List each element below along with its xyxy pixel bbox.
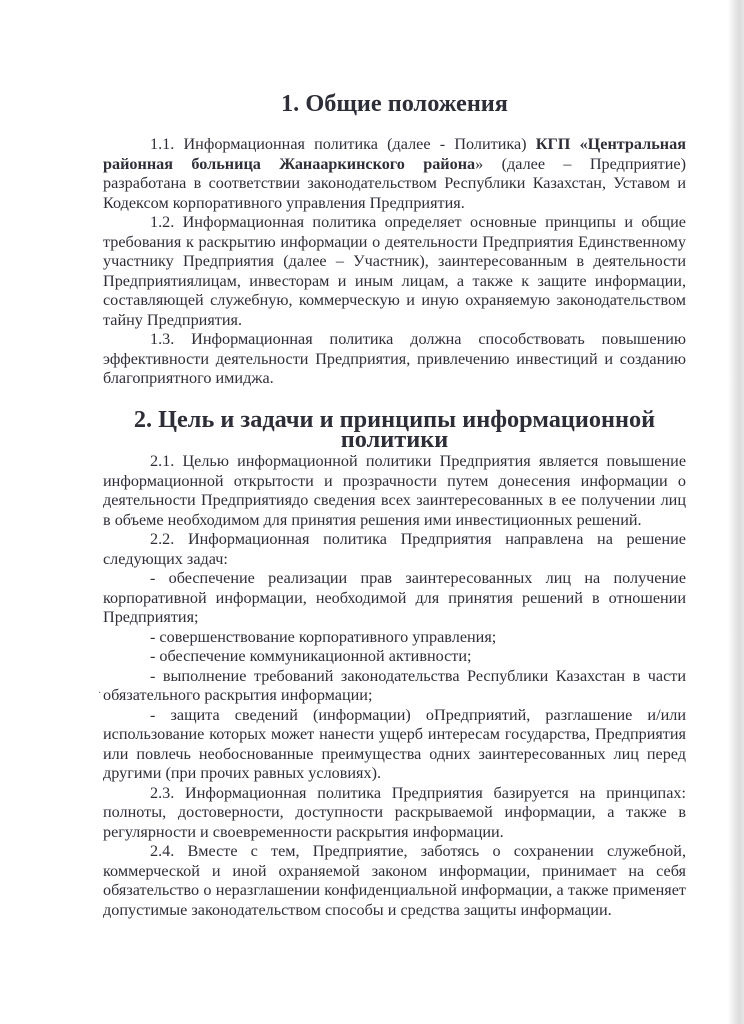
paragraph-1-3: 1.3. Информационная политика должна спос…: [103, 330, 686, 389]
paragraph-1-1: 1.1. Информационная политика (далее - По…: [103, 135, 686, 213]
section-1-heading: 1. Общие положения: [103, 94, 686, 114]
scan-speck: ·: [98, 688, 101, 699]
paragraph-2-2: 2.2. Информационная политика Предприятия…: [103, 530, 686, 569]
task-item: - совершенствование корпоративного управ…: [103, 628, 686, 648]
paragraph-2-4: 2.4. Вместе с тем, Предприятие, заботясь…: [103, 842, 686, 920]
scanner-edge-shadow: [728, 0, 744, 1024]
task-item: - обеспечение коммуникационной активност…: [103, 647, 686, 667]
paragraph-2-3: 2.3. Информационная политика Предприятия…: [103, 784, 686, 843]
task-item: - защита сведений (информации) оПредприя…: [103, 706, 686, 784]
paragraph-1-1-prefix: 1.1. Информационная политика (далее - По…: [150, 135, 536, 153]
task-item: - обеспечение реализации прав заинтересо…: [103, 569, 686, 628]
section-1-body: 1.1. Информационная политика (далее - По…: [103, 135, 686, 389]
task-item: - выполнение требований законодательства…: [103, 667, 686, 706]
paragraph-1-2: 1.2. Информационная политика определяет …: [103, 213, 686, 330]
section-2-heading: 2. Цель и задачи и принципы информационн…: [103, 410, 686, 449]
section-2-body: 2.1. Целью информационной политики Предп…: [103, 452, 686, 920]
paragraph-2-1: 2.1. Целью информационной политики Предп…: [103, 452, 686, 530]
